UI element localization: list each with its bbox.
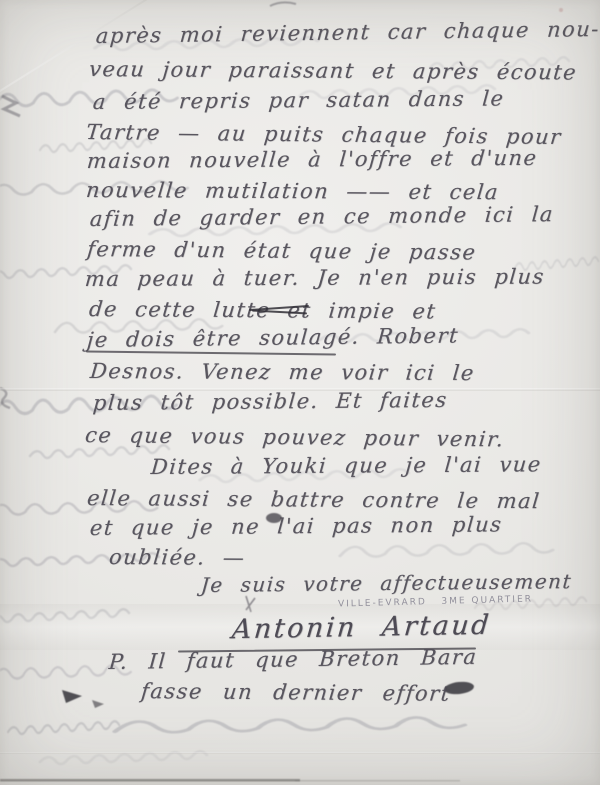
handwritten-line: et que je ne l'ai pas non plus <box>89 512 503 540</box>
handwritten-line: nouvelle mutilation —— et cela <box>85 178 500 204</box>
letter-page: après moi reviennent car chaque nou- vea… <box>0 0 600 785</box>
handwritten-line: après moi reviennent car chaque nou- <box>95 17 600 48</box>
paper-bottom-edge <box>0 779 460 782</box>
handwritten-line: plus tôt possible. Et faites <box>92 388 449 415</box>
handwritten-line: afin de garder en ce monde ici la <box>89 202 555 231</box>
handwritten-line: maison nouvelle à l'offre et d'une <box>86 146 538 173</box>
handwritten-line: Tartre — au puits chaque fois pour <box>85 120 563 149</box>
postscript-line: P. Il faut que Breton Bara <box>108 645 478 674</box>
handwritten-line: ce que vous pouvez pour venir. <box>84 423 506 451</box>
underline-stroke <box>86 350 336 355</box>
handwritten-line: elle aussi se battre contre le mal <box>86 486 542 513</box>
postscript-line: fasse un dernier effort <box>140 679 452 706</box>
handwritten-line: a été repris par satan dans le <box>92 86 505 114</box>
handwritten-line: ferme d'un état que je passe <box>86 237 478 264</box>
handwritten-line: Desnos. Venez me voir ici le <box>89 359 476 385</box>
handwritten-line: Dites à Youki que je l'ai vue <box>150 452 543 479</box>
handwritten-line: oubliée. — <box>108 545 246 570</box>
asylum-stamp: VILLE-EVRARD 3ME QUARTIER <box>338 594 533 609</box>
closing-line: Je suis votre affectueusement <box>200 569 573 597</box>
signature: Antonin Artaud <box>231 610 493 646</box>
handwritten-line: veau jour paraissant et après écoute <box>88 57 578 84</box>
handwritten-line: ma peau à tuer. Je n'en puis plus <box>84 265 546 291</box>
handwritten-line: je dois être soulagé. Robert <box>86 323 460 352</box>
paper-crease <box>0 752 600 754</box>
